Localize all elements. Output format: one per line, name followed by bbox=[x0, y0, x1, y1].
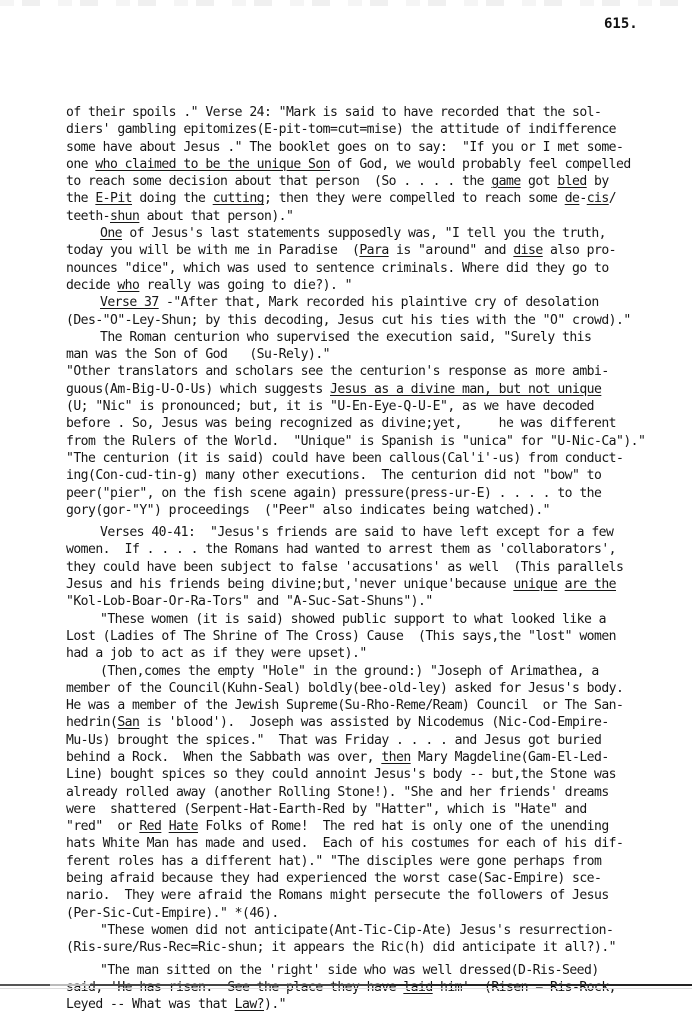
text-line: member of the Council(Kuhn-Seal) boldly(… bbox=[66, 680, 666, 697]
text-segment: guous(Am-Big-U-O-Us) which suggests bbox=[66, 382, 330, 397]
text-line: "The man sitted on the 'right' side who … bbox=[66, 962, 666, 979]
text-line: today you will be with me in Paradise (P… bbox=[66, 242, 666, 259]
text-line: Verses 40-41: "Jesus's friends are said … bbox=[66, 524, 666, 541]
text-segment: member of the Council(Kuhn-Seal) boldly(… bbox=[66, 681, 623, 696]
text-segment: "These women (it is said) showed public … bbox=[100, 612, 606, 627]
text-segment: gory(gor-"Y") proceedings ("Peer" also i… bbox=[66, 503, 550, 518]
text-line: already rolled away (another Rolling Sto… bbox=[66, 784, 666, 801]
text-segment: (Per-Sic-Cut-Empire)." *(46). bbox=[66, 906, 279, 921]
text-segment: already rolled away (another Rolling Sto… bbox=[66, 785, 609, 800]
text-segment: is "around" and bbox=[389, 243, 514, 258]
text-line: decide who really was going to die?). " bbox=[66, 277, 666, 294]
underlined-text: One bbox=[100, 226, 122, 241]
text-segment bbox=[557, 577, 564, 592]
underlined-text: unique bbox=[513, 577, 557, 592]
text-line: before . So, Jesus was being recognized … bbox=[66, 415, 666, 432]
text-segment: of God, we would probably feel compelled bbox=[330, 157, 631, 172]
underlined-text: Law? bbox=[235, 997, 264, 1012]
text-segment: "Other translators and scholars see the … bbox=[66, 364, 609, 379]
text-line: gory(gor-"Y") proceedings ("Peer" also i… bbox=[66, 502, 666, 519]
text-line: "Kol-Lob-Boar-Or-Ra-Tors" and "A-Suc-Sat… bbox=[66, 593, 666, 610]
text-segment: nario. They were afraid the Romans might… bbox=[66, 888, 609, 903]
text-line: nounces "dice", which was used to senten… bbox=[66, 260, 666, 277]
underlined-text: Hate bbox=[169, 819, 198, 834]
page-number: 615. bbox=[604, 16, 638, 32]
text-segment: one bbox=[66, 157, 95, 172]
bottom-rule-shadow bbox=[0, 988, 692, 989]
text-line: behind a Rock. When the Sabbath was over… bbox=[66, 749, 666, 766]
text-line: they could have been subject to false 'a… bbox=[66, 559, 666, 576]
text-segment: being afraid because they had experience… bbox=[66, 871, 601, 886]
text-segment: of Jesus's last statements supposedly wa… bbox=[122, 226, 606, 241]
text-segment: "red" or bbox=[66, 819, 139, 834]
text-line: (Ris-sure/Rus-Rec=Ric-shun; it appears t… bbox=[66, 939, 666, 956]
text-segment: ing(Con-cud-tin-g) many other executions… bbox=[66, 468, 601, 483]
text-line: (U; "Nic" is pronounced; but, it is "U-E… bbox=[66, 398, 666, 415]
text-line: One of Jesus's last statements supposedl… bbox=[66, 225, 666, 242]
text-line: (Des-"O"-Ley-Shun; by this decoding, Jes… bbox=[66, 312, 666, 329]
text-segment: "These women did not anticipate(Ant-Tic-… bbox=[100, 923, 613, 938]
text-segment: ferent roles has a different hat)." "The… bbox=[66, 854, 601, 869]
text-segment: hats White Man has made and used. Each o… bbox=[66, 836, 623, 851]
underlined-text: are the bbox=[565, 577, 616, 592]
text-segment: teeth- bbox=[66, 209, 110, 224]
text-line: guous(Am-Big-U-O-Us) which suggests Jesu… bbox=[66, 381, 666, 398]
text-line: peer("pier", on the fish scene again) pr… bbox=[66, 485, 666, 502]
text-line: from the Rulers of the World. "Unique" i… bbox=[66, 433, 666, 450]
text-line: had a job to act as if they were upset).… bbox=[66, 645, 666, 662]
text-line: teeth-shun about that person)." bbox=[66, 208, 666, 225]
text-segment: Verses 40-41: "Jesus's friends are said … bbox=[100, 525, 613, 540]
text-line: "The centurion (it is said) could have b… bbox=[66, 450, 666, 467]
text-segment: Line) bought spices so they could annoin… bbox=[66, 767, 616, 782]
text-segment: behind a Rock. When the Sabbath was over… bbox=[66, 750, 381, 765]
text-line: man was the Son of God (Su-Rely)." bbox=[66, 346, 666, 363]
underlined-text: cis bbox=[587, 191, 609, 206]
text-segment: (Ris-sure/Rus-Rec=Ric-shun; it appears t… bbox=[66, 940, 616, 955]
text-segment: Mu-Us) brought the spices." That was Fri… bbox=[66, 733, 601, 748]
text-segment: decide bbox=[66, 278, 117, 293]
text-segment: from the Rulers of the World. "Unique" i… bbox=[66, 434, 645, 449]
underlined-text: bled bbox=[557, 174, 586, 189]
text-segment: to reach some decision about that person… bbox=[66, 174, 491, 189]
text-segment: diers' gambling epitomizes(E-pit-tom=cut… bbox=[66, 122, 616, 137]
text-segment: Lost (Ladies of The Shrine of The Cross)… bbox=[66, 629, 616, 644]
text-segment: really was going to die?). " bbox=[139, 278, 352, 293]
text-segment: had a job to act as if they were upset).… bbox=[66, 646, 367, 661]
text-line: to reach some decision about that person… bbox=[66, 173, 666, 190]
underlined-text: Para bbox=[359, 243, 388, 258]
text-segment: - bbox=[579, 191, 586, 206]
text-segment: some have about Jesus ." The booklet goe… bbox=[66, 140, 623, 155]
underlined-text: shun bbox=[110, 209, 139, 224]
text-segment: they could have been subject to false 'a… bbox=[66, 560, 623, 575]
underlined-text: Jesus as a divine man, but not unique bbox=[330, 382, 601, 397]
text-segment: today you will be with me in Paradise ( bbox=[66, 243, 359, 258]
text-segment: the bbox=[66, 191, 95, 206]
text-segment: man was the Son of God (Su-Rely)." bbox=[66, 347, 330, 362]
text-segment: "The centurion (it is said) could have b… bbox=[66, 451, 623, 466]
text-segment: (Then,comes the empty "Hole" in the grou… bbox=[100, 664, 599, 679]
text-segment: Leyed -- What was that bbox=[66, 997, 235, 1012]
underlined-text: E-Pit bbox=[95, 191, 132, 206]
underlined-text: game bbox=[491, 174, 520, 189]
text-segment: doing the bbox=[132, 191, 213, 206]
text-line: Lost (Ladies of The Shrine of The Cross)… bbox=[66, 628, 666, 645]
text-segment: by bbox=[587, 174, 609, 189]
text-line: hats White Man has made and used. Each o… bbox=[66, 835, 666, 852]
text-segment: The Roman centurion who supervised the e… bbox=[100, 330, 591, 345]
underlined-text: who claimed to be the unique Son bbox=[95, 157, 330, 172]
text-segment: also pro- bbox=[543, 243, 616, 258]
text-line: The Roman centurion who supervised the e… bbox=[66, 329, 666, 346]
text-segment: before . So, Jesus was being recognized … bbox=[66, 416, 616, 431]
document-page: 615. of their spoils ." Verse 24: "Mark … bbox=[0, 0, 692, 1012]
text-line: Jesus and his friends being divine;but,'… bbox=[66, 576, 666, 593]
text-segment: of their spoils ." Verse 24: "Mark is sa… bbox=[66, 105, 601, 120]
text-segment: peer("pier", on the fish scene again) pr… bbox=[66, 486, 601, 501]
text-segment: nounces "dice", which was used to senten… bbox=[66, 261, 609, 276]
text-segment: (Des-"O"-Ley-Shun; by this decoding, Jes… bbox=[66, 313, 631, 328]
text-line: women. If . . . . the Romans had wanted … bbox=[66, 541, 666, 558]
text-segment: (U; "Nic" is pronounced; but, it is "U-E… bbox=[66, 399, 594, 414]
text-line: ing(Con-cud-tin-g) many other executions… bbox=[66, 467, 666, 484]
text-segment: about that person)." bbox=[139, 209, 293, 224]
text-line: "Other translators and scholars see the … bbox=[66, 363, 666, 380]
text-segment: "The man sitted on the 'right' side who … bbox=[100, 963, 599, 978]
text-line: Verse 37 -"After that, Mark recorded his… bbox=[66, 294, 666, 311]
text-line: Mu-Us) brought the spices." That was Fri… bbox=[66, 732, 666, 749]
text-line: Leyed -- What was that Law?)." bbox=[66, 996, 666, 1012]
body-text: of their spoils ." Verse 24: "Mark is sa… bbox=[66, 104, 666, 1012]
text-segment: were shattered (Serpent-Hat-Earth-Red by… bbox=[66, 802, 587, 817]
underlined-text: Red bbox=[139, 819, 161, 834]
scan-edge-noise bbox=[0, 0, 692, 6]
underlined-text: cutting bbox=[213, 191, 264, 206]
text-segment: )." bbox=[264, 997, 286, 1012]
text-segment: / bbox=[609, 191, 616, 206]
text-segment: women. If . . . . the Romans had wanted … bbox=[66, 542, 616, 557]
text-line: diers' gambling epitomizes(E-pit-tom=cut… bbox=[66, 121, 666, 138]
text-line: the E-Pit doing the cutting; then they w… bbox=[66, 190, 666, 207]
text-line: nario. They were afraid the Romans might… bbox=[66, 887, 666, 904]
text-line: "red" or Red Hate Folks of Rome! The red… bbox=[66, 818, 666, 835]
text-segment: He was a member of the Jewish Supreme(Su… bbox=[66, 698, 623, 713]
text-line: "These women did not anticipate(Ant-Tic-… bbox=[66, 922, 666, 939]
text-line: (Then,comes the empty "Hole" in the grou… bbox=[66, 663, 666, 680]
text-segment: is 'blood'). Joseph was assisted by Nico… bbox=[139, 715, 608, 730]
text-segment bbox=[161, 819, 168, 834]
bottom-rule bbox=[0, 984, 692, 986]
text-line: of their spoils ." Verse 24: "Mark is sa… bbox=[66, 104, 666, 121]
text-segment: hedrin( bbox=[66, 715, 117, 730]
text-line: being afraid because they had experience… bbox=[66, 870, 666, 887]
text-segment: ; then they were compelled to reach some bbox=[264, 191, 565, 206]
underlined-text: Verse 37 bbox=[100, 295, 159, 310]
text-segment: Mary Magdeline(Gam-El-Led- bbox=[411, 750, 609, 765]
text-line: hedrin(San is 'blood'). Joseph was assis… bbox=[66, 714, 666, 731]
text-line: were shattered (Serpent-Hat-Earth-Red by… bbox=[66, 801, 666, 818]
text-segment: -"After that, Mark recorded his plaintiv… bbox=[159, 295, 599, 310]
text-line: He was a member of the Jewish Supreme(Su… bbox=[66, 697, 666, 714]
underlined-text: San bbox=[117, 715, 139, 730]
text-line: one who claimed to be the unique Son of … bbox=[66, 156, 666, 173]
underlined-text: who bbox=[117, 278, 139, 293]
underlined-text: then bbox=[381, 750, 410, 765]
underlined-text: de bbox=[565, 191, 580, 206]
text-segment: Folks of Rome! The red hat is only one o… bbox=[198, 819, 609, 834]
underlined-text: dise bbox=[513, 243, 542, 258]
text-segment: got bbox=[521, 174, 558, 189]
text-line: ferent roles has a different hat)." "The… bbox=[66, 853, 666, 870]
text-line: "These women (it is said) showed public … bbox=[66, 611, 666, 628]
text-segment: Jesus and his friends being divine;but,'… bbox=[66, 577, 513, 592]
text-line: Line) bought spices so they could annoin… bbox=[66, 766, 666, 783]
text-line: some have about Jesus ." The booklet goe… bbox=[66, 139, 666, 156]
text-line: (Per-Sic-Cut-Empire)." *(46). bbox=[66, 905, 666, 922]
text-segment: "Kol-Lob-Boar-Or-Ra-Tors" and "A-Suc-Sat… bbox=[66, 594, 433, 609]
